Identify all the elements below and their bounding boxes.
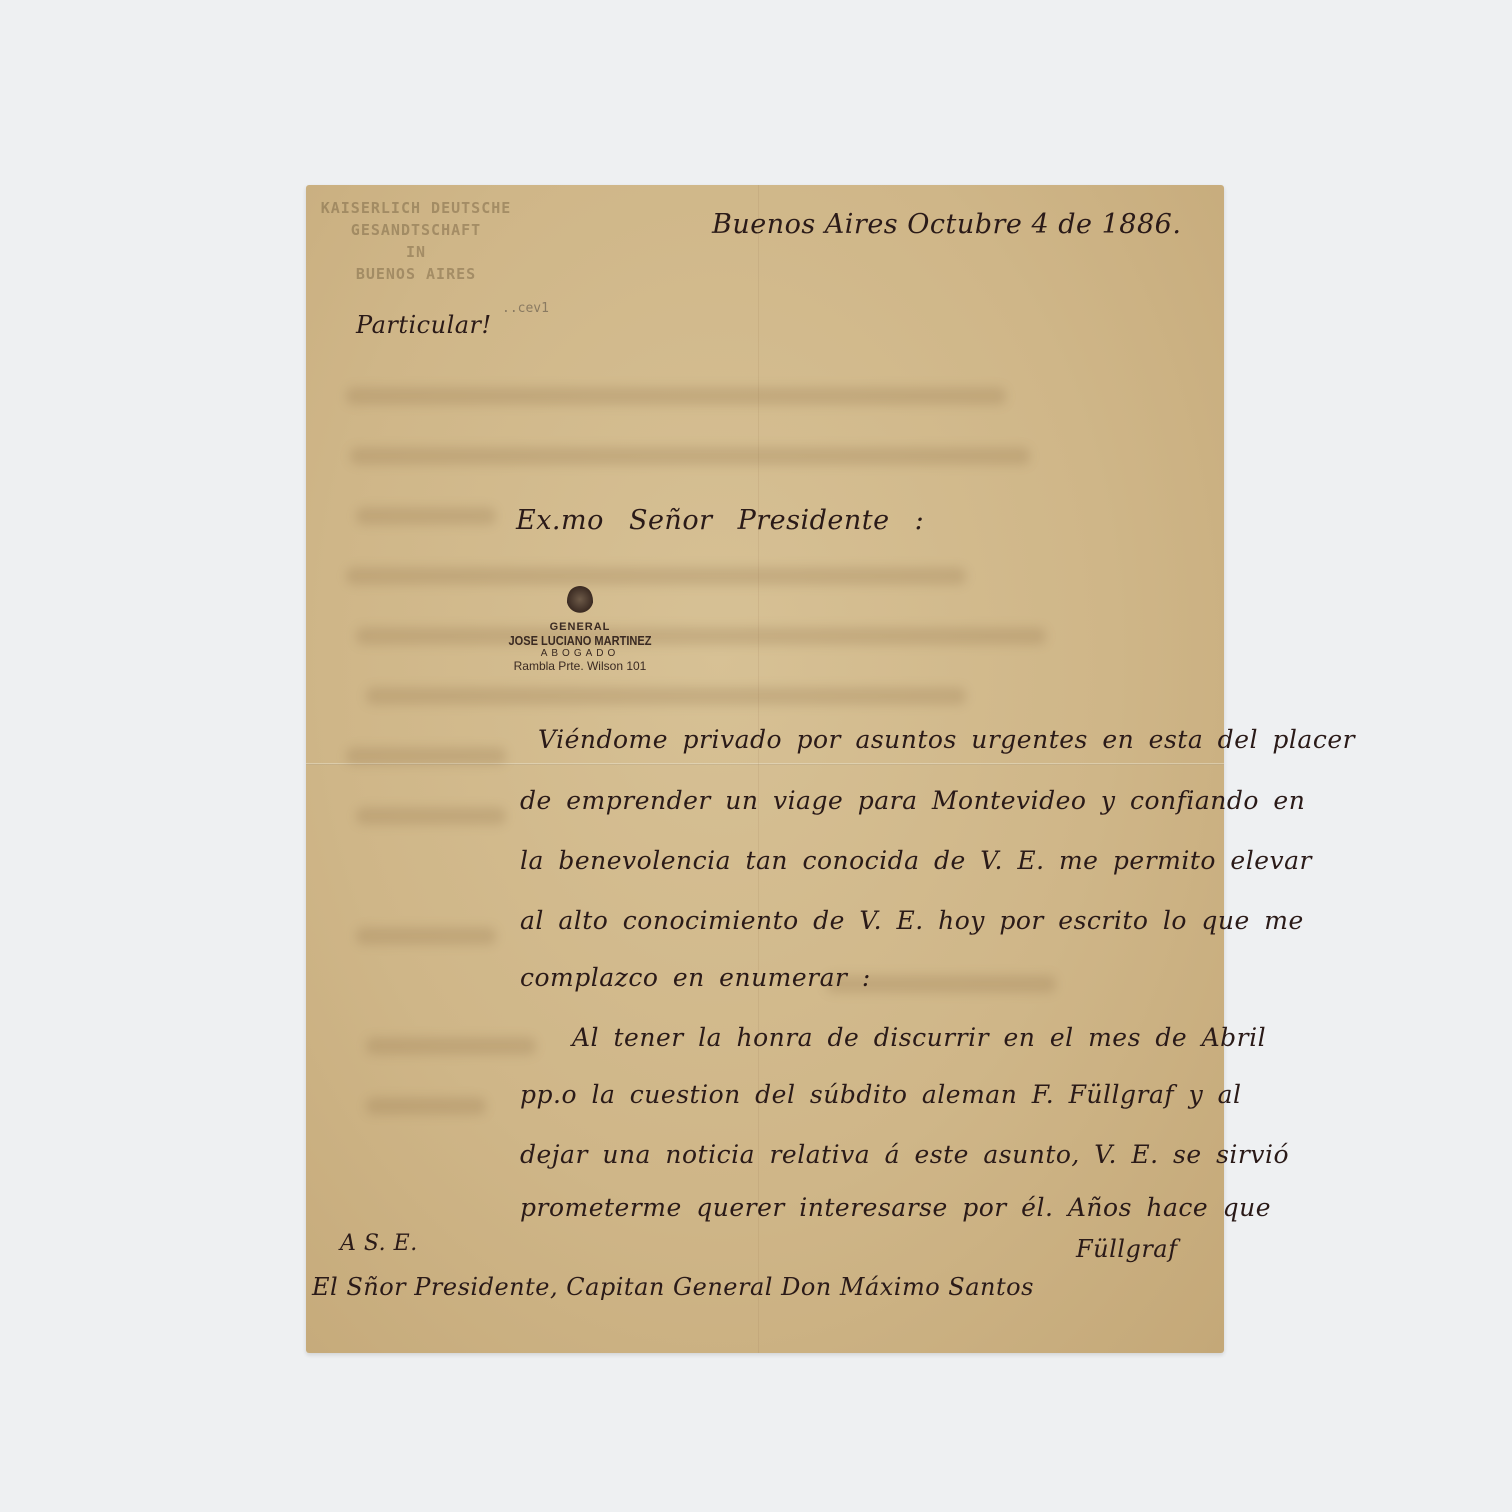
letter-date: Buenos Aires Octubre 4 de 1886. [712,209,1181,240]
private-marking: Particular! [356,311,492,339]
letterhead-name: JOSE LUCIANO MARTINEZ [504,633,657,648]
stamp-line: IN [316,241,516,263]
stamp-line: GESANDTSCHAFT [316,219,516,241]
addressee-line-1: A S. E. [340,1231,418,1256]
salutation: Ex.mo Señor Presidente : [516,505,924,536]
embassy-stamp: KAISERLICH DEUTSCHE GESANDTSCHAFT IN BUE… [316,197,516,285]
stamp-line: BUENOS AIRES [316,263,516,285]
horizontal-fold-crease [306,763,1224,765]
signature: Füllgraf [1076,1235,1178,1263]
body-line: prometerme querer interesarse por él. Añ… [520,1193,1271,1222]
body-line: dejar una noticia relativa á este asunto… [520,1140,1289,1169]
letterhead-title: GENERAL [490,621,670,633]
bleed-through-text [306,185,1224,1353]
body-line: Viéndome privado por asuntos urgentes en… [538,725,1355,754]
letter-paper: KAISERLICH DEUTSCHE GESANDTSCHAFT IN BUE… [306,185,1224,1353]
body-line: complazco en enumerar : [520,963,871,992]
body-line: la benevolencia tan conocida de V. E. me… [520,846,1312,875]
vertical-fold-crease [758,185,759,1353]
stamp-reference: ..cev1 [502,301,549,316]
letterhead-stamp: GENERAL JOSE LUCIANO MARTINEZ ABOGADO Ra… [490,585,670,673]
body-line: pp.o la cuestion del súbdito aleman F. F… [520,1080,1242,1109]
addressee-line-2: El Sñor Presidente, Capitan General Don … [312,1273,1034,1301]
body-line: de emprender un viage para Montevideo y … [520,786,1305,815]
body-line: al alto conocimiento de V. E. hoy por es… [520,906,1304,935]
letterhead-address: Rambla Prte. Wilson 101 [490,659,670,673]
letterhead-profession: ABOGADO [490,648,670,659]
body-line: Al tener la honra de discurrir en el mes… [572,1023,1266,1052]
stamp-line: KAISERLICH DEUTSCHE [316,197,516,219]
coat-of-arms-icon [567,585,593,617]
